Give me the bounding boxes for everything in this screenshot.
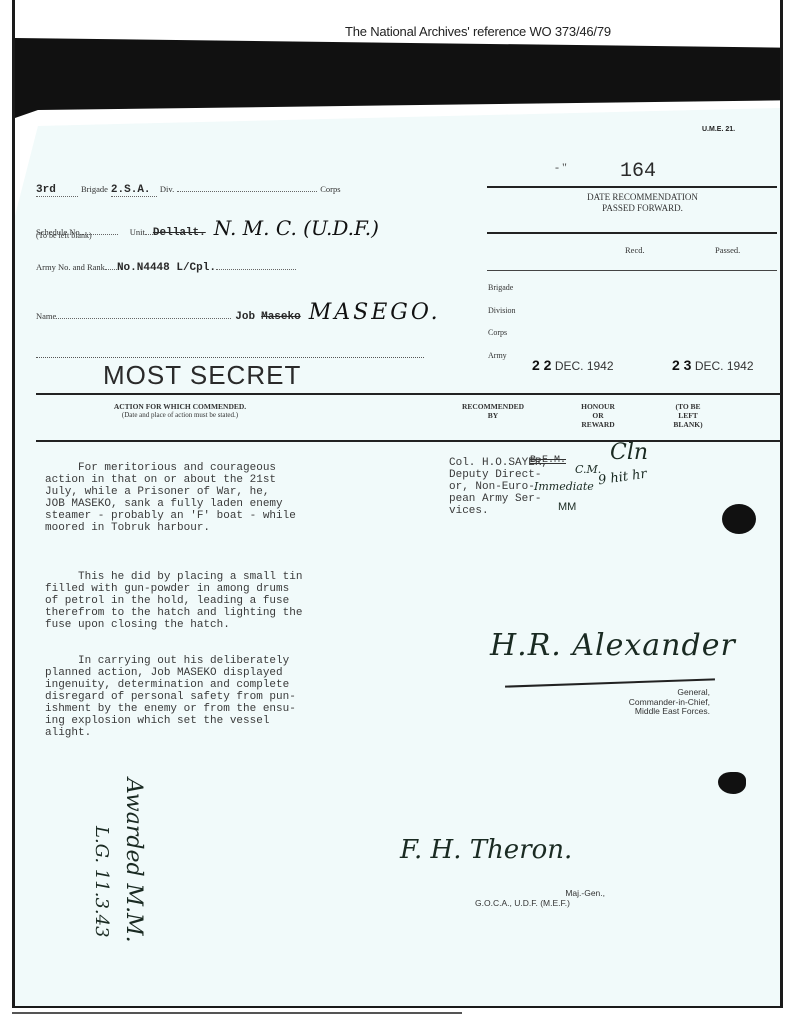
level-brigade: Brigade [488, 283, 513, 292]
citation-paragraph-2: This he did by placing a small tin fille… [45, 571, 302, 631]
level-corps: Corps [488, 328, 507, 337]
army-no-row: Army No. and Rank No.N4448 L/Cpl. [36, 262, 296, 274]
gazette-note: L.G. 11.3.43 [91, 826, 112, 938]
classification-stamp: MOST SECRET [103, 360, 301, 391]
date-passed-heading-text: DATE RECOMMENDATION PASSED FORWARD. [587, 192, 698, 213]
col-blank: (TO BE LEFT BLANK) [648, 402, 728, 429]
serial-number: 164 [620, 160, 656, 183]
army-recd-date: 2 2 DEC. 1942 [532, 357, 614, 373]
name-struck: Maseko [261, 311, 301, 323]
serial-prefix: - " [555, 160, 567, 175]
frame-shadow [12, 1012, 462, 1014]
handwritten-cln: Cln [610, 440, 648, 465]
unit-struck: Dellalt. [153, 227, 206, 239]
dotted-separator [36, 357, 424, 358]
level-army: Army [488, 351, 507, 360]
second-title: Maj.-Gen., G.O.C.A., U.D.F. (M.E.F.) [440, 889, 605, 908]
army-no-value: No.N4448 L/Cpl. [117, 262, 216, 274]
brigade-value: 3rd [36, 184, 78, 197]
second-title-line2: G.O.C.A., U.D.F. (M.E.F.) [440, 899, 605, 909]
army-recd-rest: DEC. 1942 [555, 359, 614, 373]
division-value: 2.S.A. [111, 184, 157, 197]
brigade-row: 3rd Brigade 2.S.A. Div. Corps [36, 184, 341, 197]
unit-label: Unit [130, 227, 145, 237]
rule [36, 393, 781, 395]
name-row: Name Job Maseko MASEGO. [36, 300, 441, 325]
form-code: U.M.E. 21. [702, 126, 735, 133]
name-typed: Job [235, 311, 255, 323]
second-signature: F. H. Theron. [400, 835, 572, 865]
passed-label: Passed. [715, 245, 740, 255]
rule [487, 186, 777, 188]
rule [487, 270, 777, 271]
citation-paragraph-3: In carrying out his deliberately planned… [45, 655, 296, 739]
level-division: Division [488, 306, 516, 315]
brigade-label: Brigade [81, 184, 108, 194]
army-recd-day: 2 2 [532, 357, 551, 373]
handwritten-immediate: Immediate [534, 480, 594, 493]
archive-reference: The National Archives' reference WO 373/… [345, 24, 611, 39]
award-typed-struck: B.E.M. [530, 455, 566, 466]
army-no-trailing-dots [216, 269, 296, 270]
corps-blank [177, 191, 317, 192]
col-honour: HONOUR OR REWARD [568, 402, 628, 429]
citation-paragraph-1: For meritorious and courageous action in… [45, 462, 296, 534]
name-handwritten: MASEGO. [309, 300, 441, 325]
col-recommended-by: RECOMMENDED BY [448, 402, 538, 420]
col-action-title: ACTION FOR WHICH COMMENDED. [60, 402, 300, 411]
army-passed-date: 2 3 DEC. 1942 [672, 357, 754, 373]
army-no-dots [105, 269, 117, 270]
name-label: Name [36, 311, 56, 321]
commander-signature: H.R. Alexander [490, 628, 736, 663]
unit-dots [145, 234, 153, 235]
col-action-sub: (Date and place of action must be stated… [60, 411, 300, 420]
commander-title: General, Commander-in-Chief, Middle East… [560, 688, 710, 717]
awarded-note: Awarded M.M. [121, 778, 146, 943]
col-action: ACTION FOR WHICH COMMENDED. (Date and pl… [60, 402, 300, 420]
unit-handwritten: N. M. C. (U.D.F.) [214, 216, 379, 240]
army-passed-day: 2 3 [672, 357, 691, 373]
army-no-label: Army No. and Rank [36, 262, 105, 272]
date-passed-heading: DATE RECOMMENDATION PASSED FORWARD. [500, 192, 785, 214]
ink-blot [722, 504, 756, 534]
ink-blot [718, 772, 746, 794]
rule [487, 232, 777, 234]
corps-label: Corps [320, 184, 340, 194]
rule [36, 440, 781, 442]
handwritten-award-mm: MM [558, 501, 576, 513]
schedule-note: (To be left blank) [36, 231, 92, 240]
name-dots [56, 318, 231, 319]
army-passed-rest: DEC. 1942 [695, 359, 754, 373]
recd-label: Recd. [625, 245, 645, 255]
division-label: Div. [160, 184, 174, 194]
